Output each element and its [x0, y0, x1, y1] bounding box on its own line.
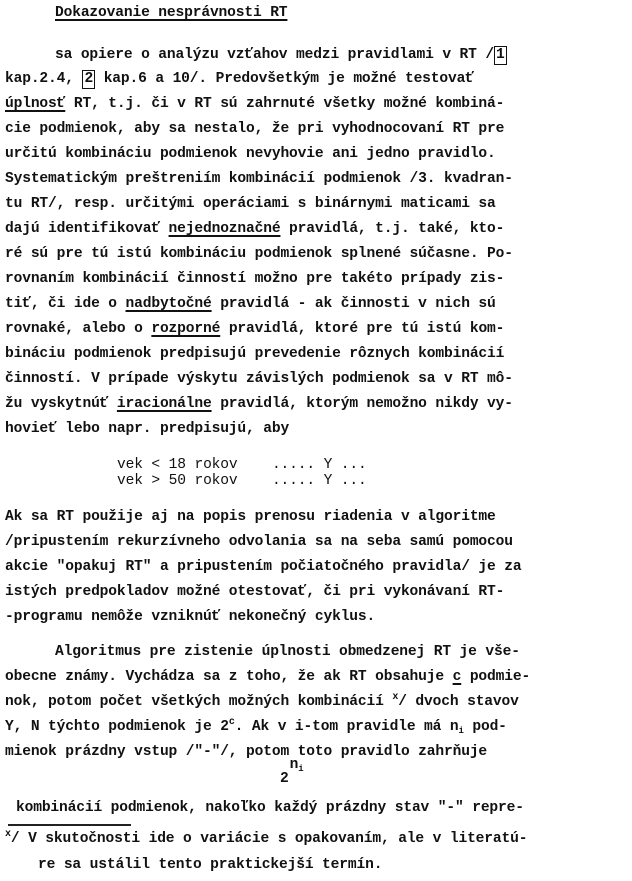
- text: pravidlá, t.j. také, kto-: [280, 221, 504, 237]
- text: rovnaké, alebo o: [5, 321, 151, 337]
- paragraph-1-line-2: kap.2.4, 2 kap.6 a 10/. Predovšetkým je …: [5, 70, 474, 89]
- paragraph-2-line-2: /pripustením rekurzívneho odvolania sa n…: [5, 533, 513, 551]
- text: nok, potom počet všetkých možných kombin…: [5, 694, 392, 710]
- paragraph-1-line-13: bináciu podmienok predpisujú prevedenie …: [5, 345, 504, 363]
- text: / dvoch stavov: [398, 694, 519, 710]
- paragraph-3-line-5: mienok prázdny vstup /"-"/, potom toto p…: [5, 743, 487, 761]
- text: RT, t.j. či v RT sú zahrnuté všetky možn…: [65, 96, 504, 112]
- paragraph-3-line-3: nok, potom počet všetkých možných kombin…: [5, 693, 519, 711]
- term-rozporne: rozporné: [151, 321, 220, 337]
- paragraph-1-line-14: činností. V prípade výskytu závislých po…: [5, 370, 513, 388]
- text: n: [290, 757, 299, 773]
- formula-base: 2: [280, 771, 289, 787]
- paragraph-1-line-8: dajú identifikovať nejednoznačné pravidl…: [5, 220, 504, 238]
- paragraph-1-line-11: tiť, či ide o nadbytočné pravidlá - ak č…: [5, 295, 496, 313]
- paragraph-2-line-5: -programu nemôže vzniknúť nekonečný cykl…: [5, 608, 375, 626]
- formula-2-power-ni: 2ni: [280, 770, 302, 788]
- text: Y, N týchto podmienok je 2: [5, 719, 229, 735]
- variable-c: c: [453, 669, 462, 685]
- footnote-line-2: re sa ustálil tento praktickejší termín.: [38, 856, 382, 874]
- text: kap.2.4,: [5, 71, 82, 87]
- paragraph-1-line-7: tu RT/, resp. určitými operáciami s biná…: [5, 195, 496, 213]
- paragraph-1-line-9: ré sú pre tú istú kombináciu podmienok s…: [5, 245, 513, 263]
- paragraph-3-line-2: obecne známy. Vychádza sa z toho, že ak …: [5, 668, 530, 686]
- term-iracionalne: iracionálne: [117, 396, 212, 412]
- text: i: [298, 764, 303, 774]
- footnote-line-1: x/ V skutočnosti ide o variácie s opakov…: [5, 830, 527, 848]
- paragraph-1-line-4: cie podmienok, aby sa nestalo, že pri vy…: [5, 120, 504, 138]
- paragraph-3-line-6: kombinácií podmienok, nakoľko každý práz…: [16, 799, 524, 817]
- paragraph-1-line-10: rovnaním kombinácií činností možno pre t…: [5, 270, 504, 288]
- text: obecne známy. Vychádza sa z toho, že ak …: [5, 669, 453, 685]
- text: podmie-: [461, 669, 530, 685]
- text: žu vyskytnúť: [5, 396, 117, 412]
- paragraph-2-line-1: Ak sa RT použije aj na popis prenosu ria…: [5, 508, 496, 526]
- paragraph-1-line-15: žu vyskytnúť iracionálne pravidlá, ktorý…: [5, 395, 513, 413]
- term-nadbytocne: nadbytočné: [126, 296, 212, 312]
- paragraph-2-line-4: istých predpokladov možné otestovať, či …: [5, 583, 504, 601]
- paragraph-1-line-1: sa opiere o analýzu vzťahov medzi pravid…: [55, 46, 507, 65]
- term-nejednoznacne: nejednoznačné: [169, 221, 281, 237]
- text: tiť, či ide o: [5, 296, 126, 312]
- text: pod-: [464, 719, 507, 735]
- formula-exponent: ni: [290, 757, 304, 773]
- text: dajú identifikovať: [5, 221, 169, 237]
- footnote-separator: [8, 824, 131, 826]
- text: sa opiere o analýzu vzťahov medzi pravid…: [55, 47, 494, 63]
- paragraph-1-line-16: hovieť lebo napr. predpisujú, aby: [5, 420, 289, 438]
- text: pravidlá, ktoré pre tú istú kom-: [220, 321, 504, 337]
- paragraph-1-line-5: určitú kombináciu podmienok nevyhovie an…: [5, 145, 496, 163]
- text: / V skutočnosti ide o variácie s opakova…: [11, 831, 527, 847]
- term-uplnost: úplnosť: [5, 96, 65, 112]
- paragraph-2-line-3: akcie "opakuj RT" a pripustením počiatoč…: [5, 558, 521, 576]
- section-title: Dokazovanie nesprávnosti RT: [55, 4, 287, 22]
- text: pravidlá, ktorým nemožno nikdy vy-: [212, 396, 513, 412]
- text: . Ak v i-tom pravidle má n: [235, 719, 459, 735]
- paragraph-3-line-4: Y, N týchto podmienok je 2c. Ak v i-tom …: [5, 718, 507, 736]
- paragraph-3-line-1: Algoritmus pre zistenie úplnosti obmedze…: [55, 643, 520, 661]
- reference-1: 1: [494, 46, 507, 65]
- document-page: Dokazovanie nesprávnosti RT sa opiere o …: [0, 0, 632, 881]
- paragraph-1-line-3: úplnosť RT, t.j. či v RT sú zahrnuté vše…: [5, 95, 504, 113]
- text: kap.6 a 10/. Predovšetkým je možné testo…: [95, 71, 474, 87]
- example-row-2: vek > 50 rokov ..... Y ...: [117, 472, 367, 490]
- paragraph-1-line-6: Systematickým preštreniím kombinácií pod…: [5, 170, 513, 188]
- paragraph-1-line-12: rovnaké, alebo o rozporné pravidlá, ktor…: [5, 320, 504, 338]
- text: pravidlá - ak činnosti v nich sú: [212, 296, 496, 312]
- reference-2: 2: [82, 70, 95, 89]
